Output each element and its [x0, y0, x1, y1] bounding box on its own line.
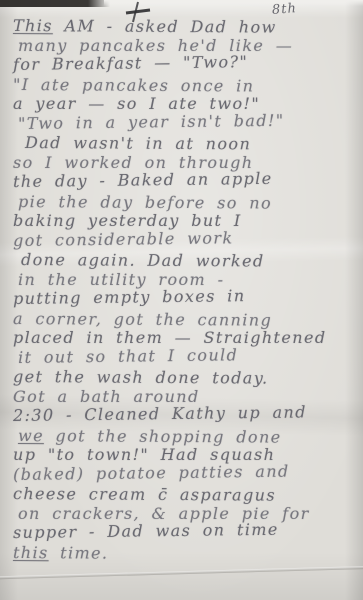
handwritten-line: Dad wasn't in at noon [25, 133, 353, 155]
handwritten-line: a corner, got the canning [13, 309, 353, 331]
handwritten-line: got considerable work [13, 226, 353, 250]
handwritten-line: 2:30 - Cleaned Kathy up and [13, 402, 353, 426]
handwritten-line: this time. [13, 543, 353, 565]
handwriting-lines: This AM - asked Dad howmany pancakes he'… [13, 16, 353, 562]
diary-page: 8th This AM - asked Dad howmany pancakes… [0, 0, 363, 600]
paper-edge-shadow [0, 0, 110, 7]
handwritten-line: This AM - asked Dad how [13, 16, 353, 38]
handwritten-line: it out so that I could [18, 343, 353, 367]
handwritten-line: done again. Dad worked [21, 250, 353, 272]
handwritten-line: supper - Dad was on time [13, 519, 353, 543]
handwritten-line: putting empty boxes in [13, 285, 353, 309]
handwritten-line: "Two in a year isn't bad!" [18, 109, 353, 133]
handwritten-line: for Breakfast — "Two?" [13, 51, 353, 75]
handwritten-line: get the wash done today. [13, 367, 353, 389]
handwritten-line: cheese cream c̄ asparagus [13, 484, 353, 506]
handwritten-line: we got the shopping done [18, 426, 353, 448]
handwritten-line: "I ate pancakes once in [13, 75, 353, 97]
handwritten-line: the day - Baked an apple [13, 168, 353, 192]
handwritten-line: (baked) potatoe patties and [13, 460, 353, 484]
handwritten-line: pie the day before so no [18, 192, 353, 214]
paper-crease [0, 565, 363, 579]
